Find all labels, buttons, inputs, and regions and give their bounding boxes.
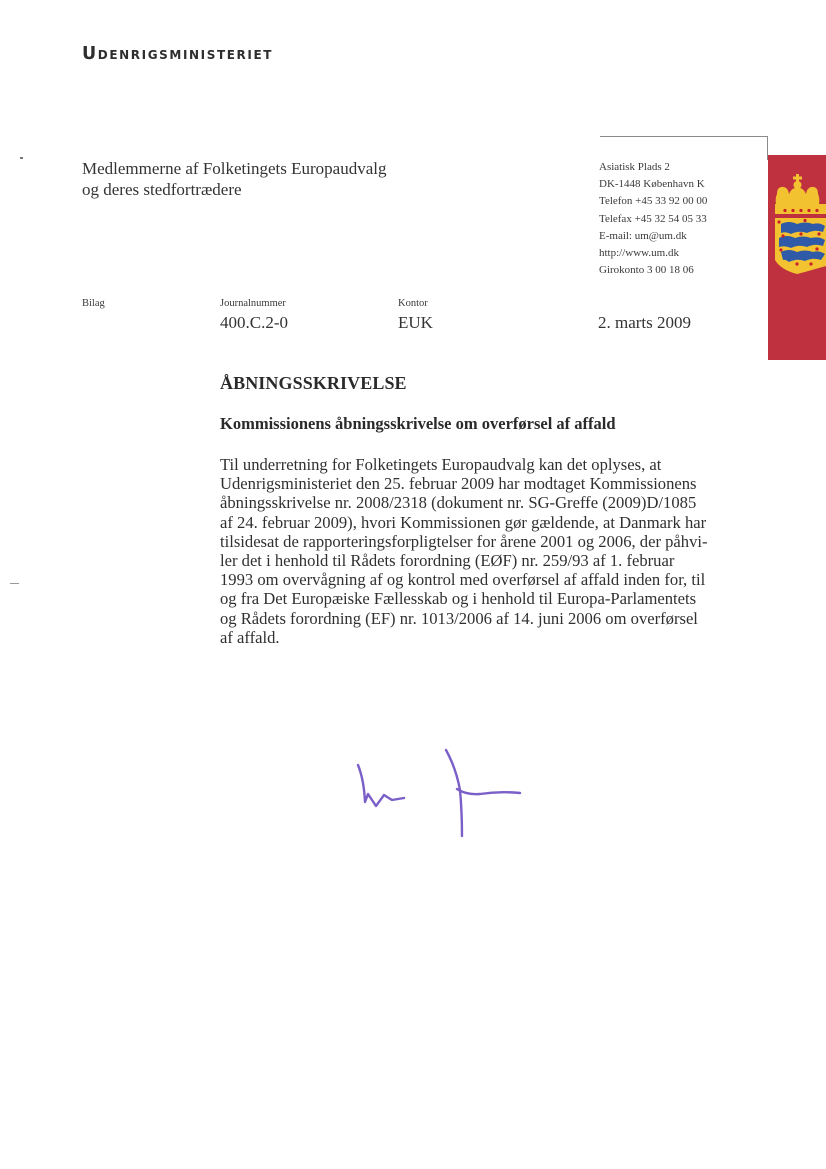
kontor-value: EUK xyxy=(398,313,433,333)
handwritten-signature-icon xyxy=(340,740,530,840)
document-heading: ÅBNINGSSKRIVELSE xyxy=(220,373,407,394)
recipient-line: og deres stedfortrædere xyxy=(82,179,387,200)
body-line: af 24. februar 2009), hvori Kommissionen… xyxy=(220,513,740,532)
address-street: Asiatisk Plads 2 xyxy=(599,159,707,176)
kontor-label: Kontor xyxy=(398,298,428,309)
danish-coat-of-arms-icon xyxy=(775,174,826,274)
recipient-block: Medlemmerne af Folketingets Europaudvalg… xyxy=(82,158,387,200)
body-line: ler det i henhold til Rådets forordning … xyxy=(220,551,740,570)
sender-address: Asiatisk Plads 2 DK-1448 København K Tel… xyxy=(599,159,707,279)
body-line: 1993 om overvågning af og kontrol med ov… xyxy=(220,570,740,589)
body-line: og Rådets forordning (EF) nr. 1013/2006 … xyxy=(220,609,740,628)
address-phone: Telefon +45 33 92 00 00 xyxy=(599,193,707,210)
body-paragraph: Til underretning for Folketingets Europa… xyxy=(220,455,740,647)
ministry-name: Udenrigsministeriet xyxy=(82,44,273,64)
body-line: af affald. xyxy=(220,628,740,647)
address-email: E-mail: um@um.dk xyxy=(599,228,707,245)
bilag-label: Bilag xyxy=(82,298,105,309)
body-line: tilsidesat de rapporteringsforpligtelser… xyxy=(220,532,740,551)
journal-number: 400.C.2-0 xyxy=(220,313,288,333)
address-website: http://www.um.dk xyxy=(599,245,707,262)
body-line: åbningsskrivelse nr. 2008/2318 (dokument… xyxy=(220,493,740,512)
address-divider xyxy=(600,136,767,137)
address-fax: Telefax +45 32 54 05 33 xyxy=(599,211,707,228)
margin-mark xyxy=(20,157,23,159)
letter-date: 2. marts 2009 xyxy=(598,313,691,333)
body-line: Til underretning for Folketingets Europa… xyxy=(220,455,740,474)
body-line: Udenrigsministeriet den 25. februar 2009… xyxy=(220,474,740,493)
journal-label: Journalnummer xyxy=(220,298,286,309)
recipient-line: Medlemmerne af Folketingets Europaudvalg xyxy=(82,158,387,179)
address-city: DK-1448 København K xyxy=(599,176,707,193)
fold-mark xyxy=(10,583,19,584)
document-subheading: Kommissionens åbningsskrivelse om overfø… xyxy=(220,414,616,434)
address-giro: Girokonto 3 00 18 06 xyxy=(599,262,707,279)
body-line: og fra Det Europæiske Fællesskab og i he… xyxy=(220,589,740,608)
